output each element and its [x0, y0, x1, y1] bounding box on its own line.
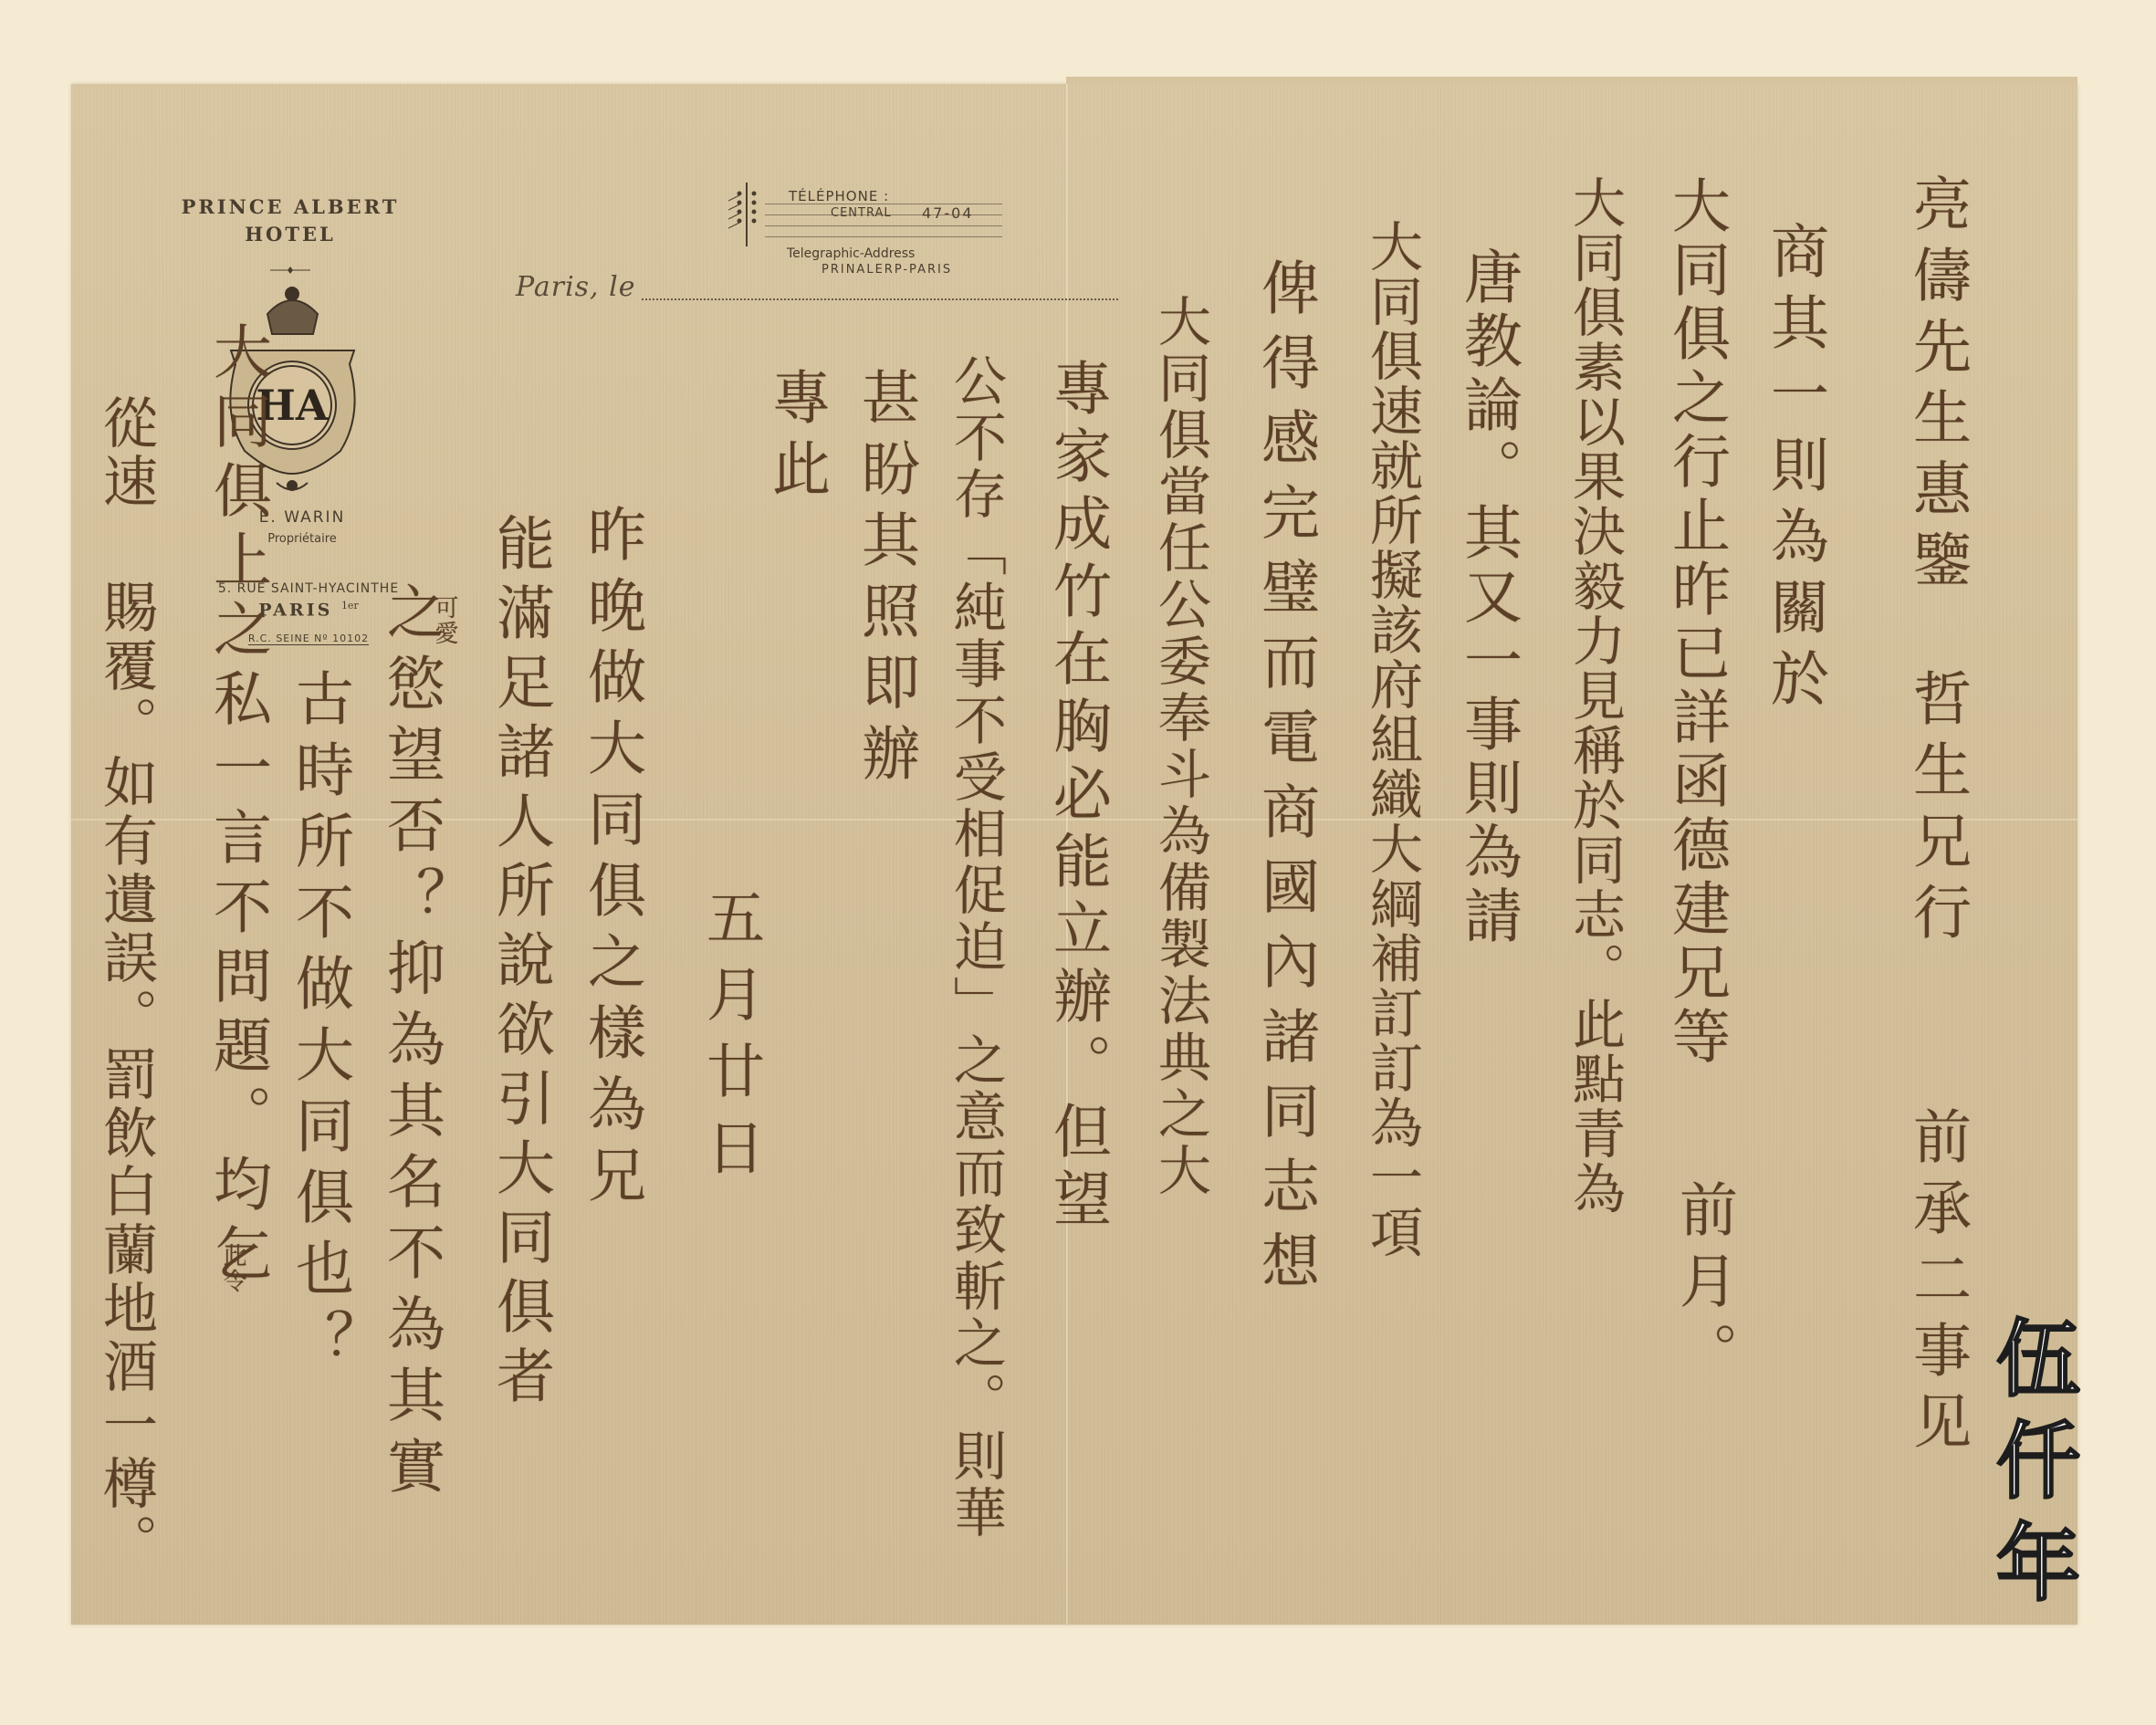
- letter-sheet: PRINCE ALBERT HOTEL HA E. WARIN Propriét…: [71, 84, 2078, 1625]
- hotel-name: PRINCE ALBERT HOTEL: [135, 193, 445, 248]
- telephone-label: TÉLÉPHONE :: [789, 188, 889, 204]
- hotel-name-line2: HOTEL: [135, 221, 445, 248]
- handwritten-column: 前月。: [1674, 1179, 1732, 1393]
- handwritten-column: 能滿足諸人所說欲引大同俱者: [491, 513, 549, 1415]
- handwritten-column: 古時所不做大同俱也？: [290, 668, 349, 1380]
- handwritten-column: 前承二事见: [1908, 1106, 1966, 1462]
- handwritten-annotation: 可愛: [433, 595, 456, 646]
- stamp-watermark: 伍仟年: [1990, 1314, 2074, 1621]
- hotel-name-line1: PRINCE ALBERT: [135, 193, 445, 221]
- telephone-pole-icon: [728, 183, 765, 246]
- telephone-exchange: CENTRAL: [831, 206, 892, 220]
- handwritten-column: 大同俱速就所擬該府組織大綱補訂訂為一項: [1366, 219, 1418, 1260]
- handwritten-column: 亮儔先生惠鑒: [1908, 173, 1966, 601]
- handwritten-column: 大同俱之行止昨已詳函德建兄等: [1667, 175, 1725, 1070]
- handwritten-column: 之慾望否？抑為其名不為其實: [382, 581, 440, 1507]
- handwritten-column: 公不存「純事不受相促迫」之意而致斬之。則華: [949, 353, 1002, 1542]
- handwritten-column: 唐教論。其又一事則為請: [1459, 246, 1517, 949]
- handwritten-column: 俾得感完璧而電商國內諸同志想: [1256, 257, 1314, 1305]
- ornament-divider-icon: [270, 267, 310, 274]
- telegraph-label: Telegraphic-Address: [787, 246, 915, 261]
- place-date-line: Paris, le: [516, 271, 1118, 308]
- handwritten-column: 五月廿日: [701, 887, 759, 1194]
- place-date-prefix: Paris, le: [516, 271, 635, 303]
- handwritten-column: 大同俱素以果決毅力見稱於同志。此點青為: [1568, 175, 1621, 1216]
- handwritten-column: 專此: [767, 367, 825, 509]
- handwritten-column: 昨晚做大同俱之樣為兄: [582, 504, 641, 1216]
- handwritten-column: 大同俱上之私一言不問題。均乞: [208, 321, 267, 1292]
- telephone-number: 47-04: [922, 204, 974, 222]
- handwritten-column: 甚盼其照即辦: [856, 367, 915, 794]
- handwritten-annotation: 此令: [221, 1243, 245, 1294]
- handwritten-column: 哲生兄行: [1908, 668, 1966, 953]
- date-dotted-line: [642, 298, 1118, 300]
- handwritten-column: 從速 賜覆。如有遺誤。罰飲白蘭地酒一樽。: [99, 394, 153, 1572]
- handwritten-column: 大同俱當任公委奉斗為備製法典之大: [1154, 294, 1207, 1199]
- handwritten-column: 商其一則為關於: [1765, 221, 1824, 719]
- arrondissement: 1er: [341, 600, 359, 612]
- handwritten-column: 專家成竹在胸必能立辦。但望: [1048, 358, 1106, 1236]
- telephone-block: TÉLÉPHONE : CENTRAL 47-04 Telegraphic-Ad…: [728, 183, 1030, 283]
- paper-torn-edge: [1066, 77, 2078, 84]
